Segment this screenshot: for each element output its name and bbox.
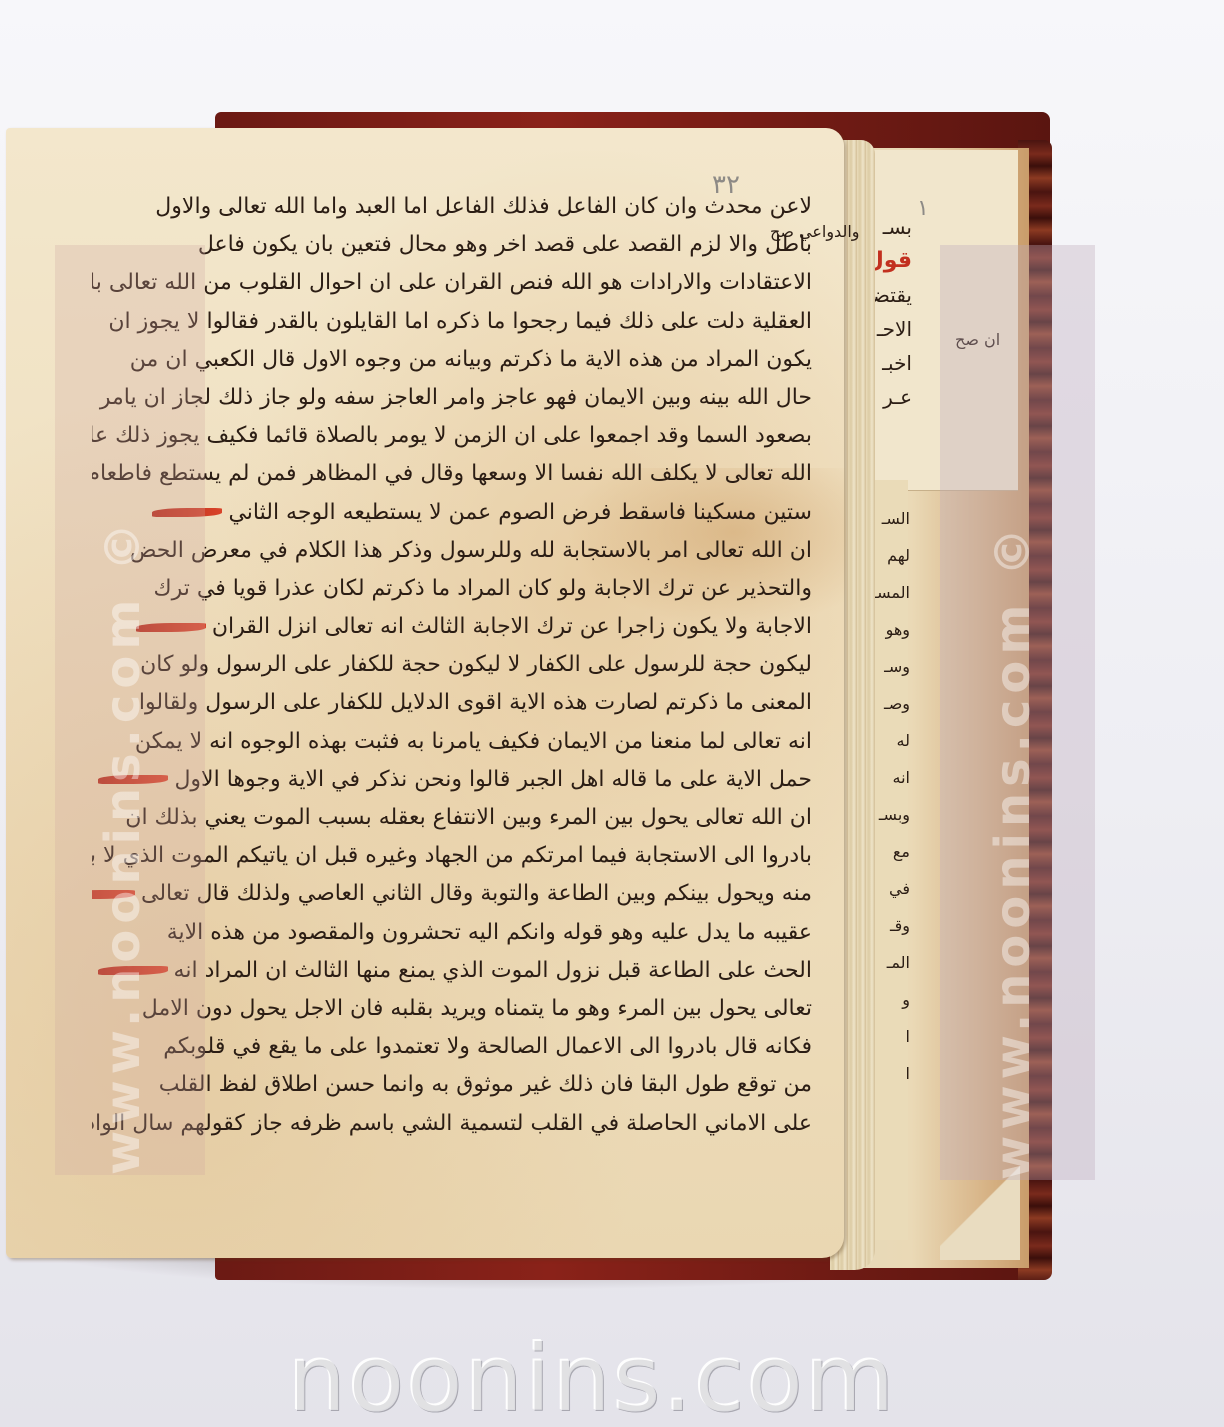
facing-folio-number: ١ <box>917 196 929 221</box>
text-line-content: الحث على الطاعة قبل نزول الموت الذي يمنع… <box>174 958 812 983</box>
watermark-bottom: noonins.com <box>282 1325 902 1427</box>
fragment: وصـ <box>876 685 910 722</box>
fragment: وهو <box>876 611 910 648</box>
red-heading-word: قول <box>872 244 912 278</box>
fragment: له <box>876 722 910 759</box>
fragment: السـ <box>876 500 910 537</box>
fragment: انه <box>876 759 910 796</box>
fragment: اخبـ <box>872 346 912 380</box>
text-line-content: منه ويحول بينكم وبين الطاعة والتوبة وقال… <box>141 881 812 906</box>
fragment: في <box>876 870 910 907</box>
text-line-content: ستين مسكينا فاسقط فرض الصوم عمن لا يستطي… <box>228 500 812 525</box>
fragment: و <box>876 981 910 1018</box>
text-line-content: حمل الاية على ما قاله اهل الجبر قالوا ون… <box>174 767 812 792</box>
watermark-panel-right: www.noonins.com © <box>940 245 1095 1180</box>
facing-page-fragments: بسـ قول يقتضي الاحـ اخبـ عـر <box>872 210 912 414</box>
fragment: لهم <box>876 537 910 574</box>
watermark-text: www.noonins.com © <box>95 245 155 1175</box>
fragment: المسـ <box>876 574 910 611</box>
fragment: ا <box>876 1055 910 1092</box>
watermark-panel-left: www.noonins.com © <box>55 245 205 1175</box>
fragment: مع <box>876 833 910 870</box>
fragment: عـر <box>872 380 912 414</box>
facing-page-lower-fragments: السـ لهم المسـ وهو وسـ وصـ له انه وبسـ م… <box>876 500 910 1092</box>
fragment: ا <box>876 1018 910 1055</box>
fragment: الاحـ <box>872 312 912 346</box>
fragment: وقـ <box>876 907 910 944</box>
fragment: بسـ <box>872 210 912 244</box>
fragment: المـ <box>876 944 910 981</box>
fragment: وبسـ <box>876 796 910 833</box>
watermark-text: www.noonins.com © <box>985 250 1045 1180</box>
text-line-content: الاجابة ولا يكون زاجرا عن ترك الاجابة ال… <box>212 614 812 639</box>
fragment: وسـ <box>876 648 910 685</box>
fragment: يقتضي <box>872 278 912 312</box>
text-line: لاعن محدث وان كان الفاعل فذلك الفاعل اما… <box>92 188 812 226</box>
